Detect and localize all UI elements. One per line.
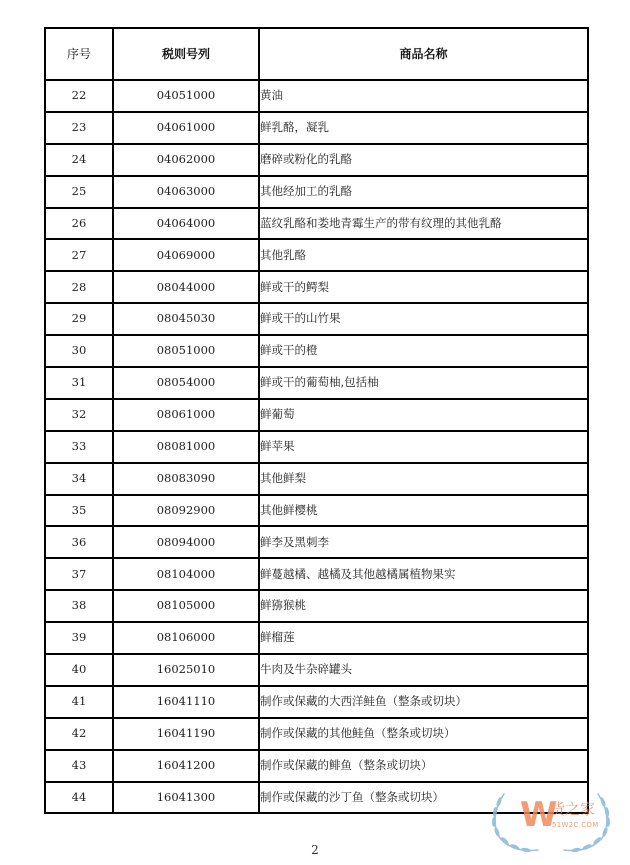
serial-number-cell: 29 [45, 303, 113, 335]
serial-number-cell: 22 [45, 80, 113, 112]
tariff-code-cell: 08106000 [113, 622, 259, 654]
product-name-cell: 鲜葡萄 [259, 399, 588, 431]
table-row: 3808105000鲜猕猴桃 [45, 590, 588, 622]
goods-tariff-table: 序号 税则号列 商品名称 2204051000黄油2304061000鲜乳酪，凝… [44, 27, 589, 814]
tariff-code-cell: 08094000 [113, 526, 259, 558]
serial-number-cell: 37 [45, 558, 113, 590]
product-name-cell: 鲜或干的葡萄柚,包括柚 [259, 367, 588, 399]
serial-number-cell: 36 [45, 526, 113, 558]
table-row: 2808044000鲜或干的鳄梨 [45, 271, 588, 303]
tariff-code-cell: 16025010 [113, 654, 259, 686]
serial-number-cell: 38 [45, 590, 113, 622]
table-row: 3308081000鲜苹果 [45, 431, 588, 463]
tariff-code-cell: 08081000 [113, 431, 259, 463]
table-row: 2704069000其他乳酪 [45, 239, 588, 271]
product-name-cell: 制作或保藏的其他鲑鱼（整条或切块） [259, 718, 588, 750]
document-page: 序号 税则号列 商品名称 2204051000黄油2304061000鲜乳酪，凝… [0, 0, 630, 865]
product-name-cell: 制作或保藏的鲱鱼（整条或切块） [259, 750, 588, 782]
serial-number-cell: 28 [45, 271, 113, 303]
table-row: 2604064000蓝纹乳酪和娄地青霉生产的带有纹理的其他乳酪 [45, 208, 588, 240]
serial-number-cell: 34 [45, 463, 113, 495]
table-row: 4116041110制作或保藏的大西洋鲑鱼（整条或切块） [45, 686, 588, 718]
serial-number-cell: 33 [45, 431, 113, 463]
tariff-code-cell: 08083090 [113, 463, 259, 495]
watermark-brand-en: 51W2C.COM [552, 821, 599, 829]
table-row: 3608094000鲜李及黑刺李 [45, 526, 588, 558]
tariff-code-cell: 16041110 [113, 686, 259, 718]
tariff-code-cell: 08092900 [113, 495, 259, 527]
serial-number-cell: 44 [45, 782, 113, 814]
table-row: 2908045030鲜或干的山竹果 [45, 303, 588, 335]
tariff-code-cell: 08051000 [113, 335, 259, 367]
tariff-code-cell: 04061000 [113, 112, 259, 144]
product-name-cell: 其他经加工的乳酪 [259, 176, 588, 208]
product-name-cell: 鲜或干的鳄梨 [259, 271, 588, 303]
table-row: 2304061000鲜乳酪，凝乳 [45, 112, 588, 144]
product-name-cell: 鲜李及黑刺李 [259, 526, 588, 558]
product-name-cell: 鲜苹果 [259, 431, 588, 463]
serial-number-cell: 32 [45, 399, 113, 431]
product-name-cell: 鲜或干的橙 [259, 335, 588, 367]
tariff-code-cell: 08045030 [113, 303, 259, 335]
watermark-brand-cn: 货之家 [550, 802, 595, 817]
table-row: 3508092900其他鲜樱桃 [45, 495, 588, 527]
tariff-code-cell: 04069000 [113, 239, 259, 271]
table-row: 4216041190制作或保藏的其他鲑鱼（整条或切块） [45, 718, 588, 750]
header-product-name: 商品名称 [259, 28, 588, 80]
serial-number-cell: 23 [45, 112, 113, 144]
tariff-code-cell: 08104000 [113, 558, 259, 590]
tariff-code-cell: 08061000 [113, 399, 259, 431]
product-name-cell: 蓝纹乳酪和娄地青霉生产的带有纹理的其他乳酪 [259, 208, 588, 240]
tariff-code-cell: 08044000 [113, 271, 259, 303]
serial-number-cell: 41 [45, 686, 113, 718]
tariff-code-cell: 04063000 [113, 176, 259, 208]
product-name-cell: 其他乳酪 [259, 239, 588, 271]
table-row: 3208061000鲜葡萄 [45, 399, 588, 431]
product-name-cell: 黄油 [259, 80, 588, 112]
serial-number-cell: 27 [45, 239, 113, 271]
serial-number-cell: 42 [45, 718, 113, 750]
tariff-code-cell: 04062000 [113, 144, 259, 176]
tariff-code-cell: 04051000 [113, 80, 259, 112]
tariff-code-cell: 16041190 [113, 718, 259, 750]
tariff-code-cell: 16041200 [113, 750, 259, 782]
product-name-cell: 其他鲜樱桃 [259, 495, 588, 527]
serial-number-cell: 40 [45, 654, 113, 686]
table-row: 3708104000鲜蔓越橘、越橘及其他越橘属植物果实 [45, 558, 588, 590]
table-row: 4016025010牛肉及牛杂碎罐头 [45, 654, 588, 686]
tariff-code-cell: 08105000 [113, 590, 259, 622]
serial-number-cell: 31 [45, 367, 113, 399]
product-name-cell: 鲜乳酪，凝乳 [259, 112, 588, 144]
watermark-logo: W 货之家 51W2C.COM [486, 790, 616, 858]
table-row: 2204051000黄油 [45, 80, 588, 112]
serial-number-cell: 25 [45, 176, 113, 208]
table-body: 2204051000黄油2304061000鲜乳酪，凝乳2404062000磨碎… [45, 80, 588, 813]
product-name-cell: 鲜榴莲 [259, 622, 588, 654]
table-header-row: 序号 税则号列 商品名称 [45, 28, 588, 80]
table-row: 3108054000鲜或干的葡萄柚,包括柚 [45, 367, 588, 399]
serial-number-cell: 39 [45, 622, 113, 654]
product-name-cell: 鲜猕猴桃 [259, 590, 588, 622]
product-name-cell: 鲜蔓越橘、越橘及其他越橘属植物果实 [259, 558, 588, 590]
table-row: 3008051000鲜或干的橙 [45, 335, 588, 367]
product-name-cell: 牛肉及牛杂碎罐头 [259, 654, 588, 686]
product-name-cell: 磨碎或粉化的乳酪 [259, 144, 588, 176]
product-name-cell: 制作或保藏的大西洋鲑鱼（整条或切块） [259, 686, 588, 718]
product-name-cell: 鲜或干的山竹果 [259, 303, 588, 335]
table-row: 2504063000其他经加工的乳酪 [45, 176, 588, 208]
table-row: 4316041200制作或保藏的鲱鱼（整条或切块） [45, 750, 588, 782]
serial-number-cell: 30 [45, 335, 113, 367]
serial-number-cell: 43 [45, 750, 113, 782]
tariff-code-cell: 16041300 [113, 782, 259, 814]
serial-number-cell: 26 [45, 208, 113, 240]
table-row: 2404062000磨碎或粉化的乳酪 [45, 144, 588, 176]
serial-number-cell: 24 [45, 144, 113, 176]
serial-number-cell: 35 [45, 495, 113, 527]
product-name-cell: 其他鲜梨 [259, 463, 588, 495]
header-tariff-code: 税则号列 [113, 28, 259, 80]
table-row: 3908106000鲜榴莲 [45, 622, 588, 654]
tariff-code-cell: 04064000 [113, 208, 259, 240]
tariff-code-cell: 08054000 [113, 367, 259, 399]
table-row: 3408083090其他鲜梨 [45, 463, 588, 495]
header-serial-number: 序号 [45, 28, 113, 80]
